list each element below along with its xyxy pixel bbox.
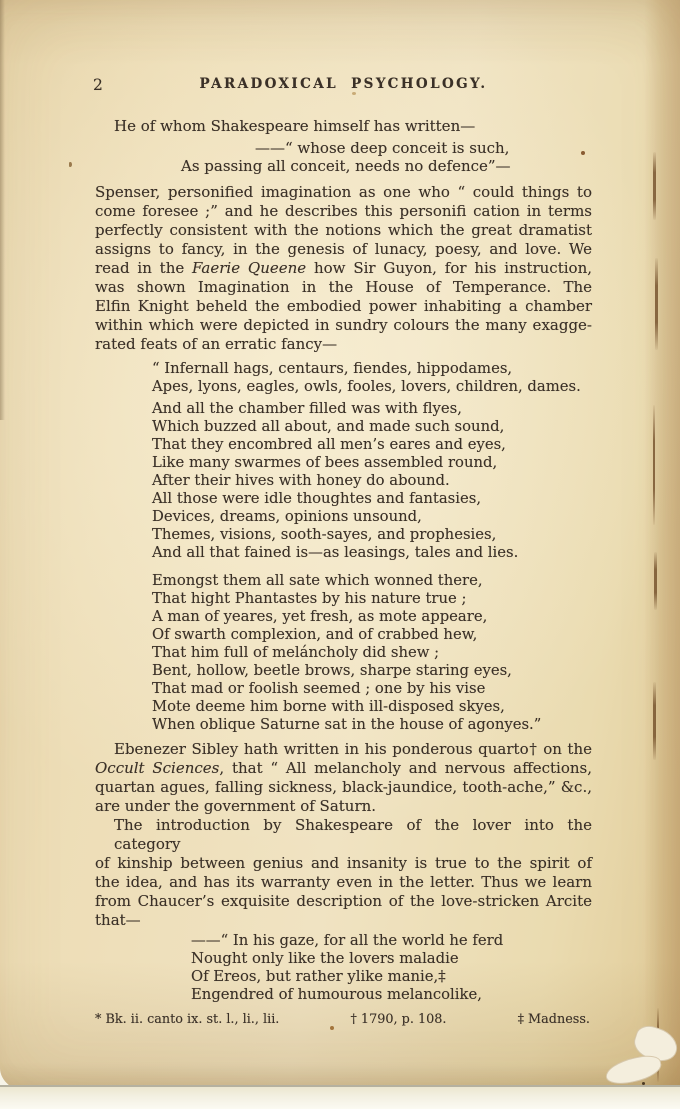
text-line: ——“ In his gaze, for all the world he fe… [191,932,592,950]
text-line: After their hives with honey do abound. [152,472,592,490]
text-line: Engendred of humourous melancolike, [191,986,592,1004]
page-number: 2 [93,76,103,94]
text-line: Themes, visions, sooth-sayes, and prophe… [152,526,592,544]
page-edge-crease [653,682,656,760]
page-edge-crease [653,152,656,220]
text-line: Elfin Knight beheld the embodied power i… [95,297,592,316]
footnotes: * Bk. ii. canto ix. st. l., li., lii. † … [95,1012,592,1027]
text-line: are under the government of Saturn. [95,797,592,816]
para-spenser: Spenser, personified imagination as one … [95,183,592,354]
text-line: The introduction by Shakespeare of the l… [95,816,592,854]
text-line: As passing all conceit, needs no defence… [95,158,592,176]
text-line: When oblique Saturne sat in the house of… [152,716,592,734]
text-line: within which were depicted in sundry col… [95,316,592,335]
text-line: the idea, and has its warranty even in t… [95,873,592,892]
text-line: Which buzzed all about, and made such so… [152,418,592,436]
text-line: That mad or foolish seemed ; one by his … [152,680,592,698]
para-sibley: Ebenezer Sibley hath written in his pond… [95,740,592,816]
spenser-stanza-1: And all the chamber filled was with flye… [152,400,592,562]
text-line: rated feats of an erratic fancy— [95,335,592,354]
text-line: Like many swarmes of bees assembled roun… [152,454,592,472]
text-line: “ Infernall hags, centaurs, fiendes, hip… [152,360,592,378]
text-line: All those were idle thoughtes and fantas… [152,490,592,508]
text-line: Spenser, personified imagination as one … [95,183,592,202]
text-line: And all that fained is—as leasings, tale… [152,544,592,562]
text-line: Apes, lyons, eagles, owls, fooles, lover… [152,378,592,396]
quote-chaucer: ——“ In his gaze, for all the world he fe… [191,932,592,1004]
paper-speck [69,162,72,167]
page-right-edge-shadow [644,0,680,1085]
text-line: Emongst them all sate which wonned there… [152,572,592,590]
text-line: quartan agues, falling sickness, black-j… [95,778,592,797]
text-line: That him full of meláncholy did shew ; [152,644,592,662]
text-line: of kinship between genius and insanity i… [95,854,592,873]
text-line: read in the Faerie Queene how Sir Guyon,… [95,259,592,278]
text-line: from Chaucer’s exquisite description of … [95,892,592,911]
page-text: He of whom Shakespeare himself has writt… [95,117,592,1004]
text-line: That they encombred all men’s eares and … [152,436,592,454]
running-head: 2 PARADOXICAL PSYCHOLOGY. [95,76,592,94]
text-line: perfectly consistent with the notions wh… [95,221,592,240]
text-line: assigns to fancy, in the genesis of luna… [95,240,592,259]
page-edge-crease [653,405,655,525]
text-column: 2 PARADOXICAL PSYCHOLOGY. He of whom Sha… [95,76,592,1027]
para-shakespeare-intro: He of whom Shakespeare himself has writt… [95,117,592,136]
text-line: And all the chamber filled was with flye… [152,400,592,418]
book-page: 2 PARADOXICAL PSYCHOLOGY. He of whom Sha… [0,0,680,1092]
text-line: Of Ereos, but rather ylike manie,‡ [191,968,592,986]
text-line: Nought only like the lovers maladie [191,950,592,968]
text-line: Of swarth complexion, and of crabbed hew… [152,626,592,644]
text-line: Occult Sciences, that “ All melancholy a… [95,759,592,778]
spenser-stanza-couplet: “ Infernall hags, centaurs, fiendes, hip… [152,360,592,396]
page-edge-crease [654,552,657,610]
text-line: A man of yeares, yet fresh, as mote appe… [152,608,592,626]
text-line: was shown Imagination in the House of Te… [95,278,592,297]
underlying-page-edge [0,1085,680,1109]
page-title: PARADOXICAL PSYCHOLOGY. [95,76,592,92]
text-line: Bent, hollow, beetle brows, sharpe stari… [152,662,592,680]
footnote-reference: * Bk. ii. canto ix. st. l., li., lii. [95,1012,279,1027]
text-line: Ebenezer Sibley hath written in his pond… [95,740,592,759]
text-line: come foresee ;” and he describes this pe… [95,202,592,221]
text-line: That hight Phantastes by his nature true… [152,590,592,608]
page-edge-crease [655,258,658,350]
text-line: ——“ whose deep conceit is such, [95,140,592,158]
quote-shakespeare: ——“ whose deep conceit is such,As passin… [95,140,592,175]
page-left-edge-shadow [0,0,5,420]
para-chaucer-intro: The introduction by Shakespeare of the l… [95,816,592,930]
text-line: He of whom Shakespeare himself has writt… [95,117,592,136]
text-line: Mote deeme him borne with ill-disposed s… [152,698,592,716]
text-line: that— [95,911,592,930]
footnote-gloss: ‡ Madness. [518,1012,590,1027]
footnote-edition: † 1790, p. 108. [350,1012,446,1027]
spenser-stanza-2: Emongst them all sate which wonned there… [152,572,592,734]
text-line: Devices, dreams, opinions unsound, [152,508,592,526]
